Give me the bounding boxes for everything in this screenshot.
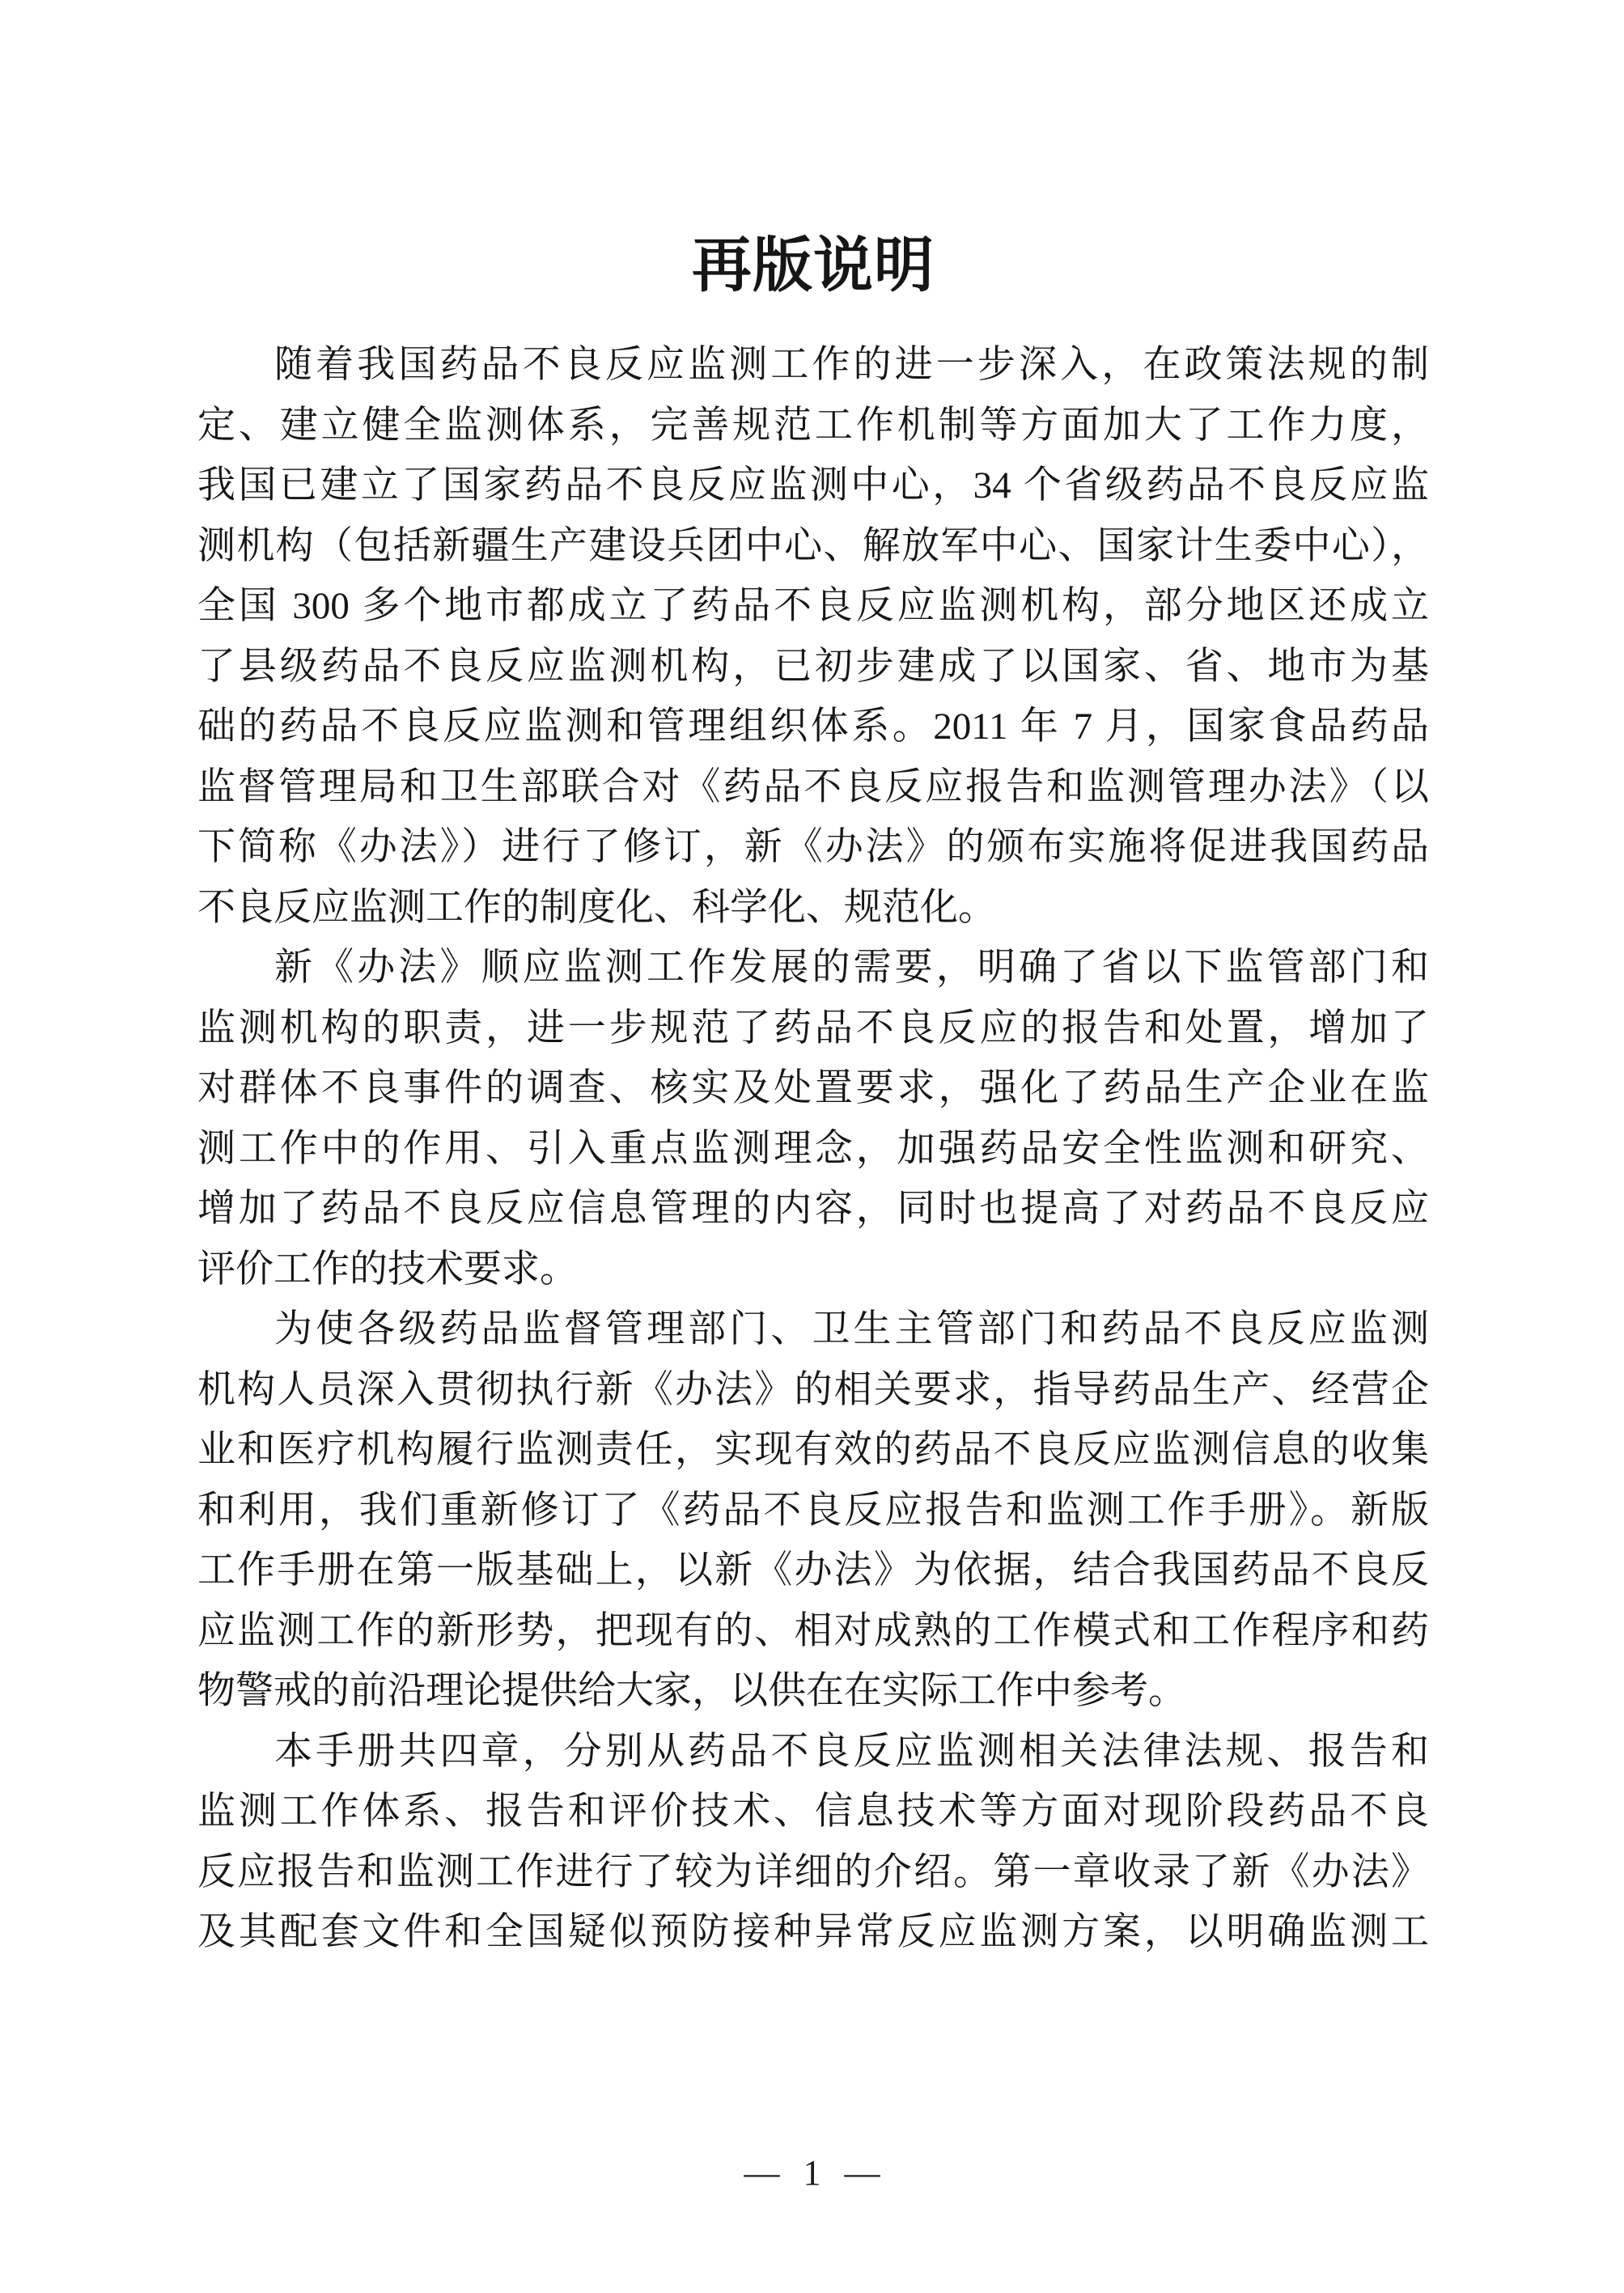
page-title: 再版说明 — [197, 236, 1429, 296]
text-line: 测机构（包括新疆生产建设兵团中心、解放军中心、国家计生委中心）， — [197, 516, 1429, 577]
text-line: 新《办法》顺应监测工作发展的需要，明确了省以下监管部门和 — [197, 938, 1429, 998]
page-number: — 1 — — [744, 2153, 880, 2193]
text-line: 为使各级药品监督管理部门、卫生主管部门和药品不良反应监测 — [197, 1299, 1429, 1360]
text-line: 全国 300 多个地市都成立了药品不良反应监测机构，部分地区还成立 — [197, 576, 1429, 637]
text-line: 监督管理局和卫生部联合对《药品不良反应报告和监测管理办法》（以 — [197, 757, 1429, 818]
text-line: 应监测工作的新形势，把现有的、相对成熟的工作模式和工作程序和药 — [197, 1601, 1429, 1662]
text-line: 本手册共四章，分别从药品不良反应监测相关法律法规、报告和 — [197, 1722, 1429, 1782]
text-line: 我国已建立了国家药品不良反应监测中心，34 个省级药品不良反应监 — [197, 456, 1429, 516]
text-line: 不良反应监测工作的制度化、科学化、规范化。 — [197, 878, 1429, 939]
text-line: 定、建立健全监测体系，完善规范工作机制等方面加大了工作力度， — [197, 396, 1429, 456]
text-line: 测工作中的作用、引入重点监测理念，加强药品安全性监测和研究、 — [197, 1119, 1429, 1180]
text-line: 工作手册在第一版基础上，以新《办法》为依据，结合我国药品不良反 — [197, 1541, 1429, 1601]
text-line: 监测机构的职责，进一步规范了药品不良反应的报告和处置，增加了 — [197, 998, 1429, 1059]
text-line: 评价工作的技术要求。 — [197, 1240, 1429, 1300]
page-footer: — 1 — — [0, 2152, 1624, 2195]
document-page: 再版说明 随着我国药品不良反应监测工作的进一步深入，在政策法规的制 定、建立健全… — [0, 0, 1624, 2293]
text-line: 下简称《办法》）进行了修订，新《办法》的颁布实施将促进我国药品 — [197, 817, 1429, 878]
text-line: 增加了药品不良反应信息管理的内容，同时也提高了对药品不良反应 — [197, 1179, 1429, 1240]
text-line: 反应报告和监测工作进行了较为详细的介绍。第一章收录了新《办法》 — [197, 1842, 1429, 1903]
text-line: 对群体不良事件的调查、核实及处置要求，强化了药品生产企业在监 — [197, 1058, 1429, 1119]
text-line: 和利用，我们重新修订了《药品不良反应报告和监测工作手册》。新版 — [197, 1481, 1429, 1541]
body-text: 随着我国药品不良反应监测工作的进一步深入，在政策法规的制 定、建立健全监测体系，… — [197, 335, 1429, 1963]
text-line: 监测工作体系、报告和评价技术、信息技术等方面对现阶段药品不良 — [197, 1782, 1429, 1842]
text-line: 了县级药品不良反应监测机构，已初步建成了以国家、省、地市为基 — [197, 637, 1429, 697]
text-line: 物警戒的前沿理论提供给大家，以供在在实际工作中参考。 — [197, 1661, 1429, 1722]
text-line: 础的药品不良反应监测和管理组织体系。2011 年 7 月，国家食品药品 — [197, 697, 1429, 757]
text-line: 机构人员深入贯彻执行新《办法》的相关要求，指导药品生产、经营企 — [197, 1360, 1429, 1421]
text-line: 随着我国药品不良反应监测工作的进一步深入，在政策法规的制 — [197, 335, 1429, 396]
text-line: 及其配套文件和全国疑似预防接种异常反应监测方案，以明确监测工 — [197, 1902, 1429, 1963]
text-line: 业和医疗机构履行监测责任，实现有效的药品不良反应监测信息的收集 — [197, 1420, 1429, 1481]
